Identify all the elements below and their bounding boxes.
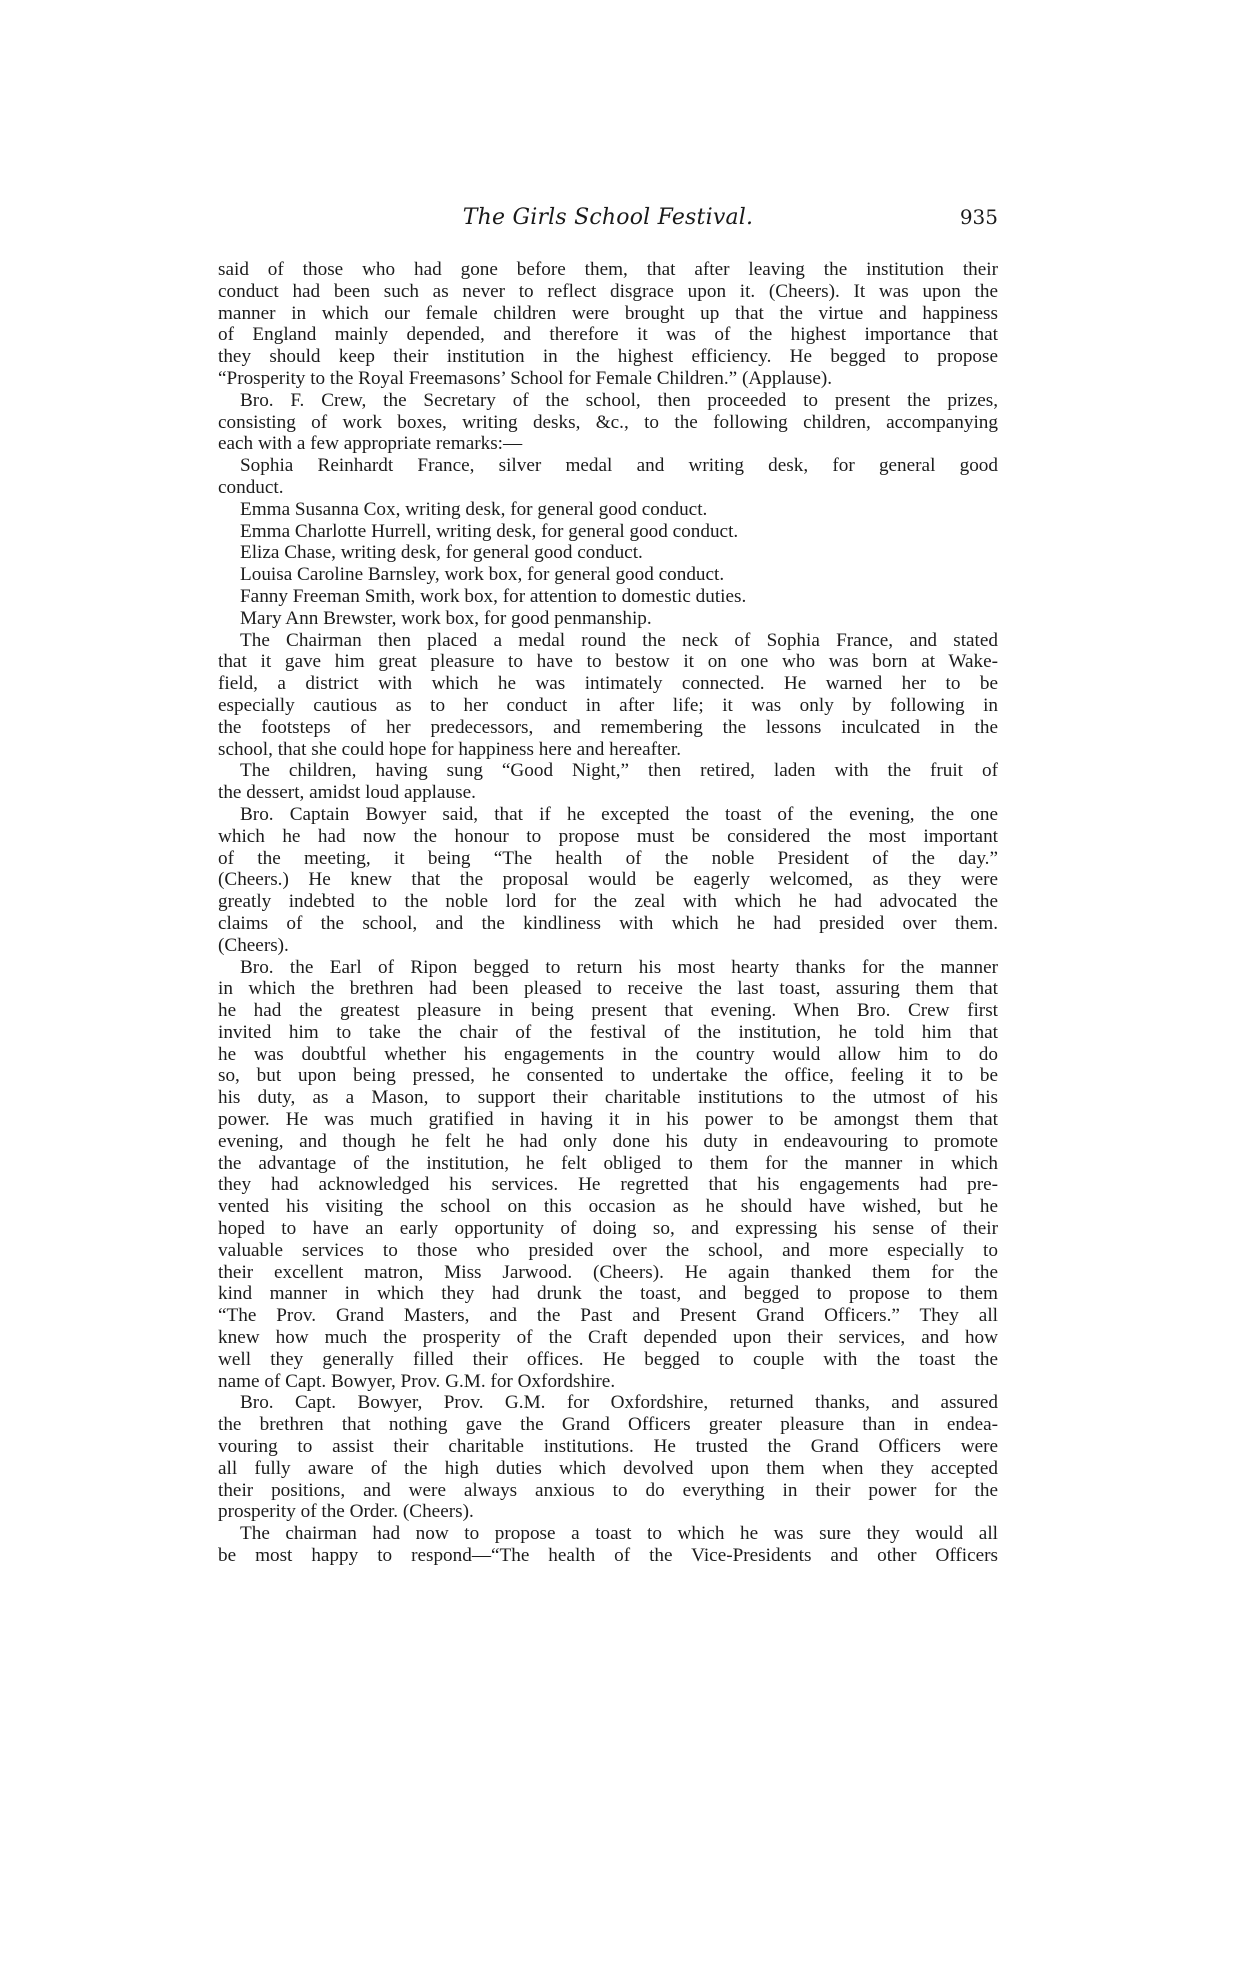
- text-line: Sophia Reinhardt France, silver medal an…: [218, 455, 998, 477]
- text-line: claims of the school, and the kindliness…: [218, 913, 998, 935]
- running-head: The Girls School Festival. 935: [218, 205, 998, 235]
- text-line: well they generally filled their offices…: [218, 1349, 998, 1371]
- text-line: knew how much the prosperity of the Craf…: [218, 1327, 998, 1349]
- text-line: so, but upon being pressed, he consented…: [218, 1065, 998, 1087]
- text-line: of England mainly depended, and therefor…: [218, 324, 998, 346]
- text-line: his duty, as a Mason, to support their c…: [218, 1087, 998, 1109]
- text-line: valuable services to those who presided …: [218, 1240, 998, 1262]
- text-line: (Cheers.) He knew that the proposal woul…: [218, 869, 998, 891]
- text-line: they should keep their institution in th…: [218, 346, 998, 368]
- text-line: conduct had been such as never to reflec…: [218, 281, 998, 303]
- text-line: in which the brethren had been pleased t…: [218, 978, 998, 1000]
- text-line: of the meeting, it being “The health of …: [218, 848, 998, 870]
- page-number: 935: [960, 205, 998, 229]
- text-line: vouring to assist their charitable insti…: [218, 1436, 998, 1458]
- text-line: power. He was much gratified in having i…: [218, 1109, 998, 1131]
- text-line: Mary Ann Brewster, work box, for good pe…: [218, 608, 998, 630]
- text-line: evening, and though he felt he had only …: [218, 1131, 998, 1153]
- text-line: the brethren that nothing gave the Grand…: [218, 1414, 998, 1436]
- text-line: Bro. Captain Bowyer said, that if he exc…: [218, 804, 998, 826]
- text-line: Emma Charlotte Hurrell, writing desk, fo…: [218, 521, 998, 543]
- text-line: invited him to take the chair of the fes…: [218, 1022, 998, 1044]
- text-line: the dessert, amidst loud applause.: [218, 782, 998, 804]
- text-line: Louisa Caroline Barnsley, work box, for …: [218, 564, 998, 586]
- text-line: prosperity of the Order. (Cheers).: [218, 1501, 998, 1523]
- text-line: kind manner in which they had drunk the …: [218, 1283, 998, 1305]
- text-line: the advantage of the institution, he fel…: [218, 1153, 998, 1175]
- text-line: they had acknowledged his services. He r…: [218, 1174, 998, 1196]
- text-line: conduct.: [218, 477, 998, 499]
- text-line: school, that she could hope for happines…: [218, 739, 998, 761]
- text-line: which he had now the honour to propose m…: [218, 826, 998, 848]
- text-line: The children, having sung “Good Night,” …: [218, 760, 998, 782]
- text-line: said of those who had gone before them, …: [218, 259, 998, 281]
- text-line: their positions, and were always anxious…: [218, 1480, 998, 1502]
- text-line: vented his visiting the school on this o…: [218, 1196, 998, 1218]
- text-line: hoped to have an early opportunity of do…: [218, 1218, 998, 1240]
- text-line: Eliza Chase, writing desk, for general g…: [218, 542, 998, 564]
- text-line: be most happy to respond—“The health of …: [218, 1545, 998, 1567]
- text-line: Bro. the Earl of Ripon begged to return …: [218, 957, 998, 979]
- text-line: manner in which our female children were…: [218, 303, 998, 325]
- text-line: “The Prov. Grand Masters, and the Past a…: [218, 1305, 998, 1327]
- text-line: The Chairman then placed a medal round t…: [218, 630, 998, 652]
- text-line: consisting of work boxes, writing desks,…: [218, 412, 998, 434]
- text-line: their excellent matron, Miss Jarwood. (C…: [218, 1262, 998, 1284]
- article-body: said of those who had gone before them, …: [218, 259, 998, 1567]
- text-line: all fully aware of the high duties which…: [218, 1458, 998, 1480]
- text-line: “Prosperity to the Royal Freemasons’ Sch…: [218, 368, 998, 390]
- text-line: greatly indebted to the noble lord for t…: [218, 891, 998, 913]
- text-line: Bro. Capt. Bowyer, Prov. G.M. for Oxford…: [218, 1392, 998, 1414]
- running-title: The Girls School Festival.: [218, 205, 998, 230]
- text-line: especially cautious as to her conduct in…: [218, 695, 998, 717]
- text-line: Bro. F. Crew, the Secretary of the schoo…: [218, 390, 998, 412]
- text-line: each with a few appropriate remarks:—: [218, 433, 998, 455]
- text-line: Emma Susanna Cox, writing desk, for gene…: [218, 499, 998, 521]
- text-line: he had the greatest pleasure in being pr…: [218, 1000, 998, 1022]
- text-line: Fanny Freeman Smith, work box, for atten…: [218, 586, 998, 608]
- text-line: field, a district with which he was inti…: [218, 673, 998, 695]
- text-line: (Cheers).: [218, 935, 998, 957]
- document-page: The Girls School Festival. 935 said of t…: [0, 0, 1237, 1964]
- text-line: that it gave him great pleasure to have …: [218, 651, 998, 673]
- text-line: he was doubtful whether his engagements …: [218, 1044, 998, 1066]
- text-line: the footsteps of her predecessors, and r…: [218, 717, 998, 739]
- text-line: name of Capt. Bowyer, Prov. G.M. for Oxf…: [218, 1371, 998, 1393]
- text-line: The chairman had now to propose a toast …: [218, 1523, 998, 1545]
